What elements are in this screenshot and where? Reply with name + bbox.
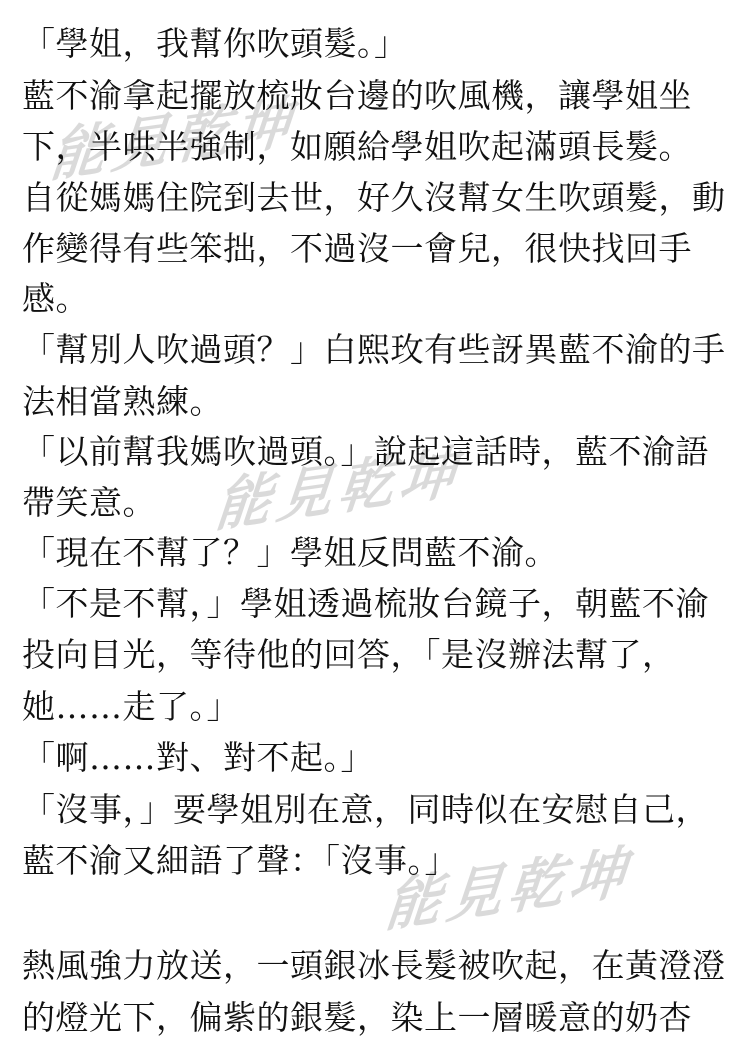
document-page: 能見乾坤 能見乾坤 能見乾坤 「學姐，我幫你吹頭髮。」 藍不渝拿起擺放梳妝台邊的… <box>0 0 740 1047</box>
text-line: 「學姐，我幫你吹頭髮。」 <box>22 24 408 64</box>
text-line: 藍不渝拿起擺放梳妝台邊的吹風機，讓學姐坐 <box>22 76 692 116</box>
text-line: 作變得有些笨拙，不過沒一會兒，很快找回手 <box>22 229 692 269</box>
text-line: 「幫別人吹過頭？」白熙玫有些訝異藍不渝的手 <box>22 330 726 370</box>
text-line: 感。 <box>22 279 89 319</box>
text-line: 法相當熟練。 <box>22 382 223 422</box>
text-line: 「啊……對、對不起。」 <box>22 738 374 778</box>
text-line: 下，半哄半強制，如願給學姐吹起滿頭長髮。 <box>22 127 692 167</box>
text-line: 自從媽媽住院到去世，好久沒幫女生吹頭髮，動 <box>22 178 726 218</box>
text-line: 投向目光，等待他的回答，「是沒辦法幫了， <box>22 635 676 675</box>
text-line: 她……走了。」 <box>22 687 240 727</box>
text-line: 「不是不幫，」學姐透過梳妝台鏡子，朝藍不渝 <box>22 584 709 624</box>
text-line: 熱風強力放送，一頭銀冰長髮被吹起，在黃澄澄 <box>22 946 726 986</box>
text-line: 「沒事，」要學姐別在意，同時似在安慰自己， <box>22 790 709 830</box>
text-line: 「以前幫我媽吹過頭。」說起這話時，藍不渝語 <box>22 432 709 472</box>
text-line: 帶笑意。 <box>22 483 156 523</box>
text-line: 的燈光下，偏紫的銀髮，染上一層暖意的奶杏 <box>22 998 692 1038</box>
text-line: 「現在不幫了？」學姐反問藍不渝。 <box>22 533 558 573</box>
text-line: 藍不渝又細語了聲：「沒事。」 <box>22 841 458 881</box>
